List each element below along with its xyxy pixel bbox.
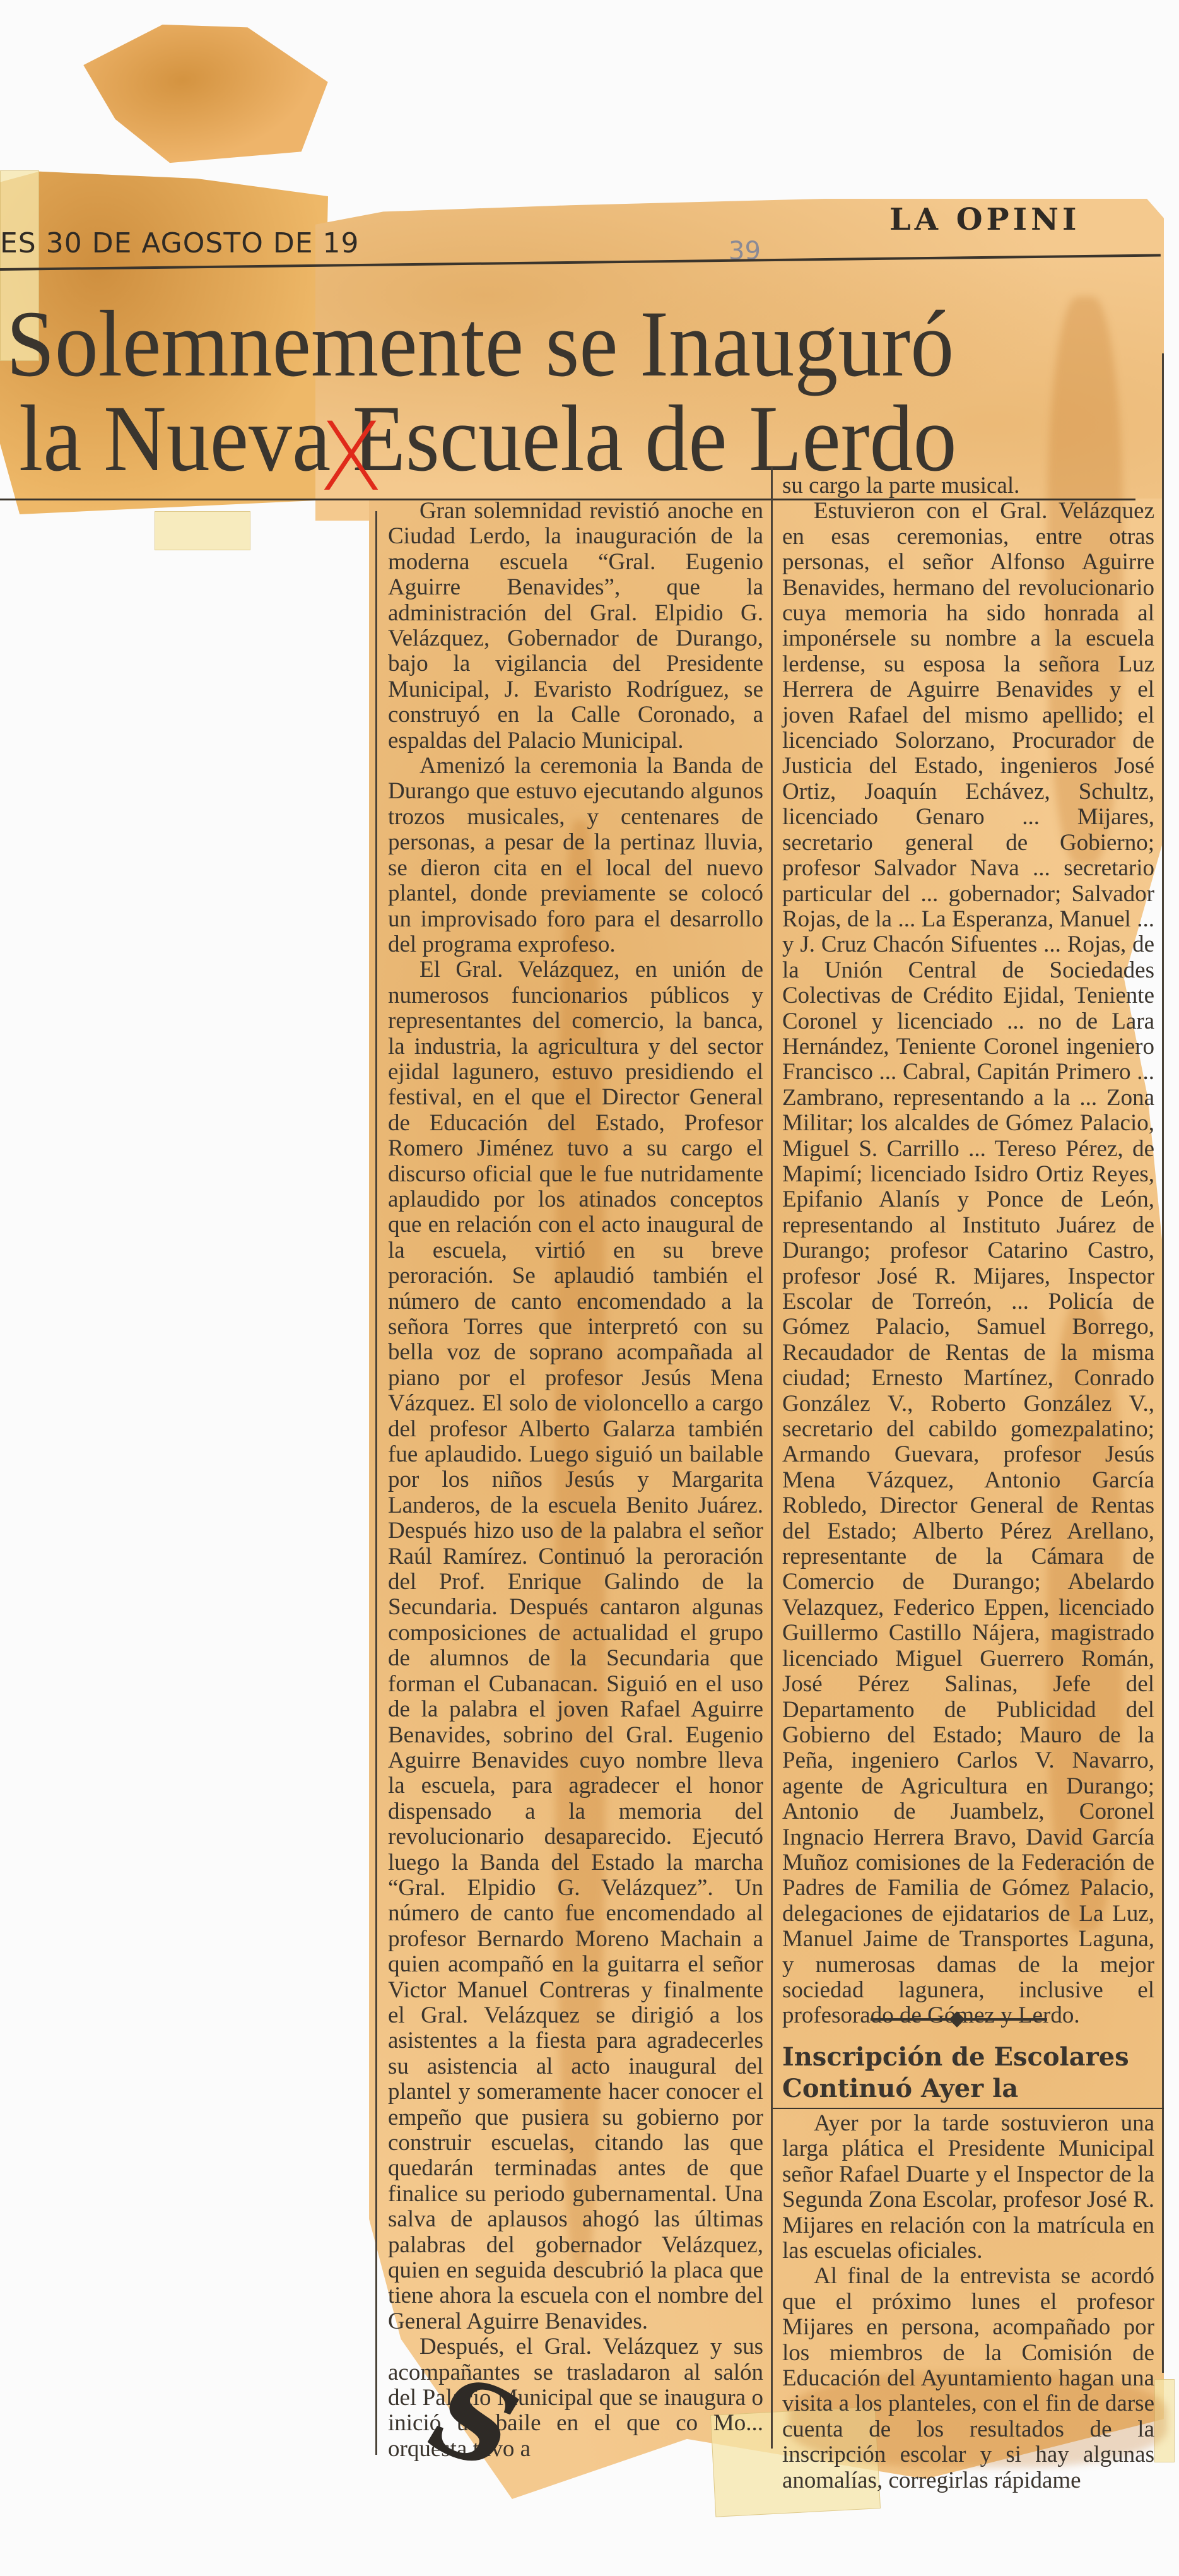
- torn-paper-scrap: [79, 3, 337, 180]
- article-paragraph: Estuvieron con el Gral. Velázquez en esa…: [782, 499, 1154, 2028]
- article-paragraph: Al final de la entrevista se acordó que …: [782, 2264, 1154, 2493]
- headline-line-2: la Nueva Escuela de Lerdo: [19, 391, 1064, 486]
- headline-line-1: Solemnemente se Inauguró: [6, 297, 1051, 391]
- article-paragraph: Ayer por la tarde sostuvieron una larga …: [782, 2111, 1154, 2264]
- article-left-column: Gran solemnidad revistió anoche en Ciuda…: [388, 499, 763, 2462]
- article-paragraph: su cargo la parte musical.: [782, 473, 1154, 499]
- red-correction-mark: X: [319, 410, 384, 505]
- newspaper-name: LA OPINI: [889, 202, 1080, 237]
- tape-strip: [155, 511, 250, 550]
- subhead-rule: [773, 2108, 1164, 2109]
- masthead-date: ES 30 DE AGOSTO DE 19: [0, 227, 360, 259]
- column-rule-right: [1162, 353, 1164, 2373]
- second-article-body: Ayer por la tarde sostuvieron una larga …: [782, 2111, 1154, 2493]
- article-paragraph: El Gral. Velázquez, en unión de numeroso…: [388, 957, 763, 2334]
- second-article-title: Inscripción de Escolares Continuó Ayer l…: [782, 2041, 1154, 2105]
- column-rule-middle: [771, 467, 773, 2449]
- ornamental-divider: [871, 2018, 1047, 2021]
- column-rule-left: [375, 511, 377, 2455]
- article-paragraph: Gran solemnidad revistió anoche en Ciuda…: [388, 499, 763, 753]
- article-right-column: su cargo la parte musical. Estuvieron co…: [782, 473, 1154, 2029]
- article-paragraph: Amenizó la ceremonia la Banda de Durango…: [388, 753, 763, 957]
